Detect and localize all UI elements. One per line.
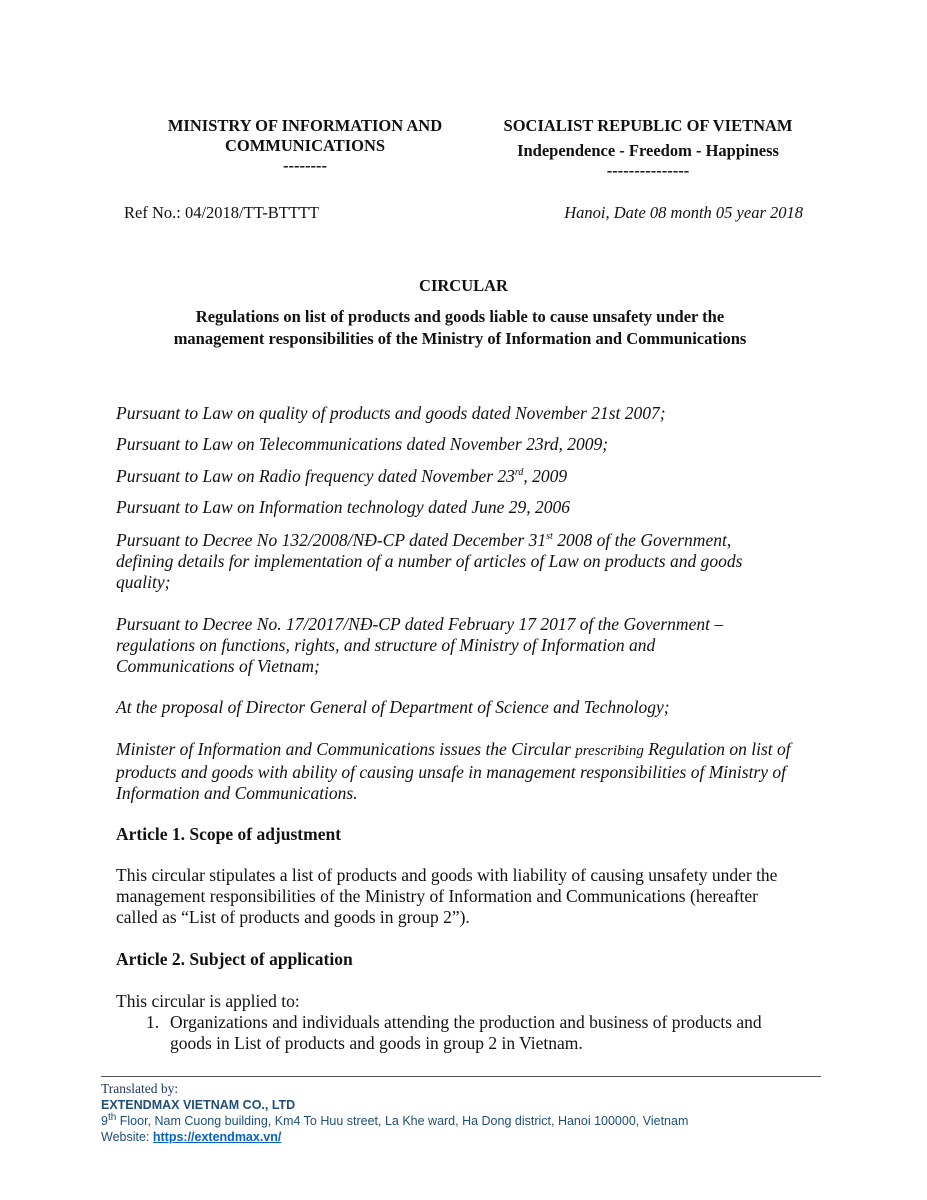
address-floor: 9 bbox=[101, 1114, 108, 1128]
authority-divider: -------- bbox=[140, 156, 470, 176]
preamble-3-text: Pursuant to Law on Radio frequency dated… bbox=[116, 466, 515, 486]
document-type: CIRCULAR bbox=[0, 276, 927, 296]
issue-date: Hanoi, Date 08 month 05 year 2018 bbox=[564, 203, 803, 223]
translated-by-label: Translated by: bbox=[101, 1081, 841, 1097]
reference-number: Ref No.: 04/2018/TT-BTTTT bbox=[124, 203, 319, 223]
article-2-title: Article 2. Subject of application bbox=[116, 949, 816, 970]
preamble-8: Minister of Information and Communicatio… bbox=[116, 739, 821, 804]
address-rest: Floor, Nam Cuong building, Km4 To Huu st… bbox=[116, 1114, 688, 1128]
national-title: SOCIALIST REPUBLIC OF VIETNAM Independen… bbox=[478, 116, 818, 181]
list-number: 1. bbox=[146, 1012, 159, 1033]
translator-company: EXTENDMAX VIETNAM CO., LTD bbox=[101, 1097, 841, 1113]
footer-divider bbox=[101, 1076, 821, 1077]
motto-divider: --------------- bbox=[478, 161, 818, 181]
website-label: Website: bbox=[101, 1130, 153, 1144]
preamble-4: Pursuant to Law on Information technolog… bbox=[116, 497, 816, 518]
preamble-3-tail: , 2009 bbox=[523, 466, 567, 486]
document-subtitle: Regulations on list of products and good… bbox=[100, 306, 820, 350]
website-line: Website: https://extendmax.vn/ bbox=[101, 1129, 841, 1145]
article-2-intro: This circular is applied to: bbox=[116, 991, 816, 1012]
preamble-7: At the proposal of Director General of D… bbox=[116, 697, 816, 718]
preamble-2: Pursuant to Law on Telecommunications da… bbox=[116, 434, 816, 455]
article-2-item-1: 1. Organizations and individuals attendi… bbox=[170, 1012, 770, 1054]
issuing-authority: MINISTRY OF INFORMATION AND COMMUNICATIO… bbox=[140, 116, 470, 176]
authority-line-1: MINISTRY OF INFORMATION AND bbox=[140, 116, 470, 136]
footer: Translated by: EXTENDMAX VIETNAM CO., LT… bbox=[101, 1081, 841, 1145]
national-motto: Independence - Freedom - Happiness bbox=[478, 141, 818, 161]
list-item-text: Organizations and individuals attending … bbox=[170, 1012, 762, 1053]
authority-line-2: COMMUNICATIONS bbox=[140, 136, 470, 156]
preamble-5-sup: st bbox=[546, 531, 553, 542]
article-1-body: This circular stipulates a list of produ… bbox=[116, 865, 781, 928]
preamble-8-small: prescribing bbox=[575, 743, 644, 759]
preamble-1: Pursuant to Law on quality of products a… bbox=[116, 403, 816, 424]
country-name: SOCIALIST REPUBLIC OF VIETNAM bbox=[478, 116, 818, 136]
subtitle-line-1: Regulations on list of products and good… bbox=[100, 306, 820, 328]
preamble-6: Pursuant to Decree No. 17/2017/NĐ-CP dat… bbox=[116, 614, 756, 677]
preamble-5-text: Pursuant to Decree No 132/2008/NĐ-CP dat… bbox=[116, 530, 546, 550]
preamble-8-text: Minister of Information and Communicatio… bbox=[116, 739, 575, 759]
translator-address: 9th Floor, Nam Cuong building, Km4 To Hu… bbox=[101, 1113, 841, 1129]
subtitle-line-2: management responsibilities of the Minis… bbox=[100, 328, 820, 350]
preamble-3: Pursuant to Law on Radio frequency dated… bbox=[116, 466, 816, 487]
website-link[interactable]: https://extendmax.vn/ bbox=[153, 1130, 282, 1144]
preamble-5: Pursuant to Decree No 132/2008/NĐ-CP dat… bbox=[116, 530, 776, 593]
article-1-title: Article 1. Scope of adjustment bbox=[116, 824, 816, 845]
